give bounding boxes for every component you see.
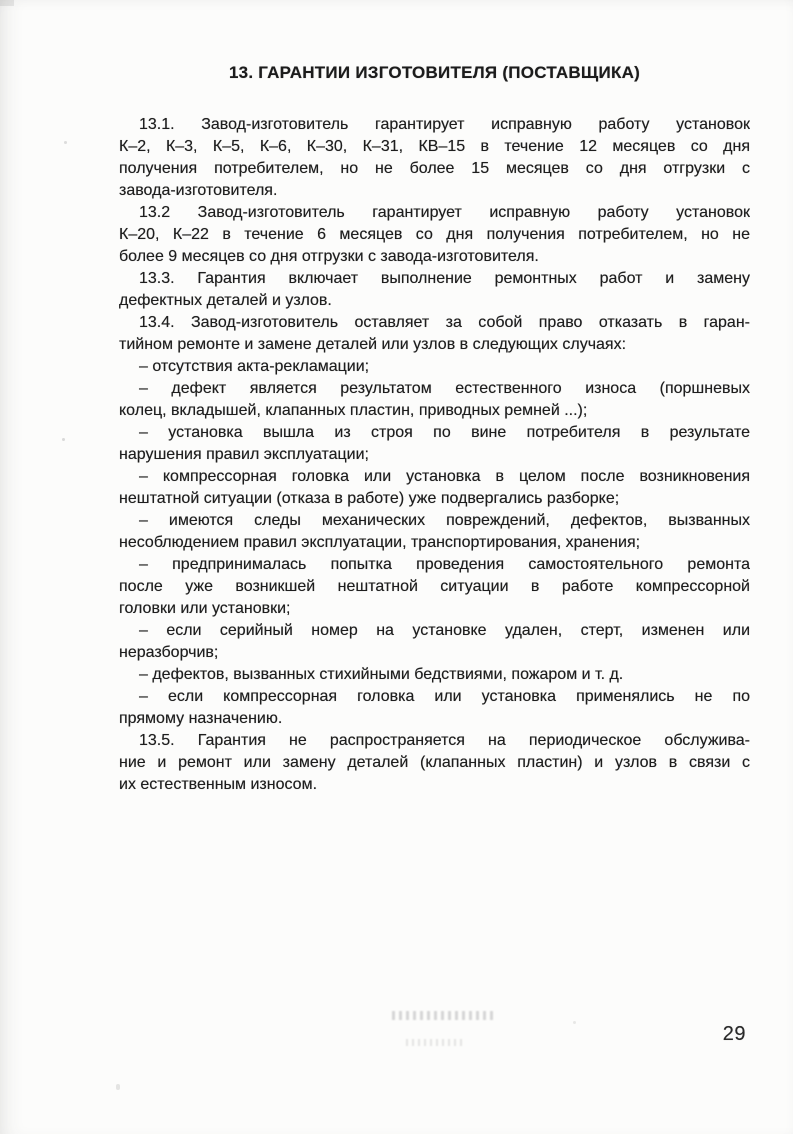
paragraph: 13.2 Завод-изготовитель гарантирует испр… bbox=[119, 202, 750, 268]
text-line: несоблюдением правил эксплуатации, транс… bbox=[119, 532, 750, 554]
text-line: – если серийный номер на установке удале… bbox=[119, 620, 750, 642]
text-line: 13.1. Завод-изготовитель гарантирует исп… bbox=[119, 114, 750, 136]
text-line: – дефект является результатом естественн… bbox=[119, 378, 750, 400]
text-line: – имеются следы механических повреждений… bbox=[119, 510, 750, 532]
section-title: 13. ГАРАНТИИ ИЗГОТОВИТЕЛЯ (ПОСТАВЩИКА) bbox=[119, 63, 750, 83]
paragraph: 13.1. Завод-изготовитель гарантирует исп… bbox=[119, 114, 750, 202]
scan-corner-blot bbox=[0, 0, 14, 6]
text-line: 13.4. Завод-изготовитель оставляет за со… bbox=[119, 312, 750, 334]
scan-smudge bbox=[406, 1039, 466, 1046]
text-line: прямому назначению. bbox=[119, 708, 750, 730]
text-line: – предпринималась попытка проведения сам… bbox=[119, 554, 750, 576]
scanned-document-page: 13. ГАРАНТИИ ИЗГОТОВИТЕЛЯ (ПОСТАВЩИКА) 1… bbox=[0, 0, 793, 1134]
scan-speck bbox=[62, 438, 65, 441]
text-line: неразборчив; bbox=[119, 642, 750, 664]
text-line: 13.3. Гарантия включает выполнение ремон… bbox=[119, 268, 750, 290]
page-number: 29 bbox=[723, 1023, 746, 1046]
paragraph: – дефект является результатом естественн… bbox=[119, 378, 750, 422]
text-line: дефектных деталей и узлов. bbox=[119, 290, 750, 312]
document-body: 13.1. Завод-изготовитель гарантирует исп… bbox=[119, 114, 750, 796]
text-line: – если компрессорная головка или установ… bbox=[119, 686, 750, 708]
paragraph: – если компрессорная головка или установ… bbox=[119, 686, 750, 730]
text-line: нештатной ситуации (отказа в работе) уже… bbox=[119, 488, 750, 510]
text-line: нарушения правил эксплуатации; bbox=[119, 444, 750, 466]
text-line: тийном ремонте и замене деталей или узло… bbox=[119, 334, 750, 356]
text-line: 13.2 Завод-изготовитель гарантирует испр… bbox=[119, 202, 750, 224]
scan-speck bbox=[573, 1021, 576, 1024]
paragraph: 13.4. Завод-изготовитель оставляет за со… bbox=[119, 312, 750, 356]
paragraph: – имеются следы механических повреждений… bbox=[119, 510, 750, 554]
text-line: К–20, К–22 в течение 6 месяцев со дня по… bbox=[119, 224, 750, 246]
paragraph: – установка вышла из строя по вине потре… bbox=[119, 422, 750, 466]
paragraph: 13.5. Гарантия не распространяется на пе… bbox=[119, 730, 750, 796]
text-line: ние и ремонт или замену деталей (клапанн… bbox=[119, 752, 750, 774]
text-line: после уже возникшей нештатной ситуации в… bbox=[119, 576, 750, 598]
text-line: – установка вышла из строя по вине потре… bbox=[119, 422, 750, 444]
text-line: 13.5. Гарантия не распространяется на пе… bbox=[119, 730, 750, 752]
scan-smudge bbox=[392, 1011, 496, 1020]
text-line: завода-изготовителя. bbox=[119, 180, 750, 202]
text-line: – дефектов, вызванных стихийными бедстви… bbox=[119, 664, 750, 686]
text-line: их естественным износом. bbox=[119, 774, 750, 796]
paragraph: 13.3. Гарантия включает выполнение ремон… bbox=[119, 268, 750, 312]
text-line: получения потребителем, но не более 15 м… bbox=[119, 158, 750, 180]
scan-speck bbox=[116, 1084, 120, 1090]
scan-speck bbox=[64, 141, 67, 144]
paragraph: – дефектов, вызванных стихийными бедстви… bbox=[119, 664, 750, 686]
paragraph: – если серийный номер на установке удале… bbox=[119, 620, 750, 664]
paragraph: – отсутствия акта-рекламации; bbox=[119, 356, 750, 378]
text-line: более 9 месяцев со дня отгрузки с завода… bbox=[119, 246, 750, 268]
text-line: – отсутствия акта-рекламации; bbox=[119, 356, 750, 378]
text-line: головки или установки; bbox=[119, 598, 750, 620]
paragraph: – предпринималась попытка проведения сам… bbox=[119, 554, 750, 620]
text-line: – компрессорная головка или установка в … bbox=[119, 466, 750, 488]
paragraph: – компрессорная головка или установка в … bbox=[119, 466, 750, 510]
text-line: колец, вкладышей, клапанных пластин, при… bbox=[119, 400, 750, 422]
text-line: К–2, К–3, К–5, К–6, К–30, К–31, КВ–15 в … bbox=[119, 136, 750, 158]
